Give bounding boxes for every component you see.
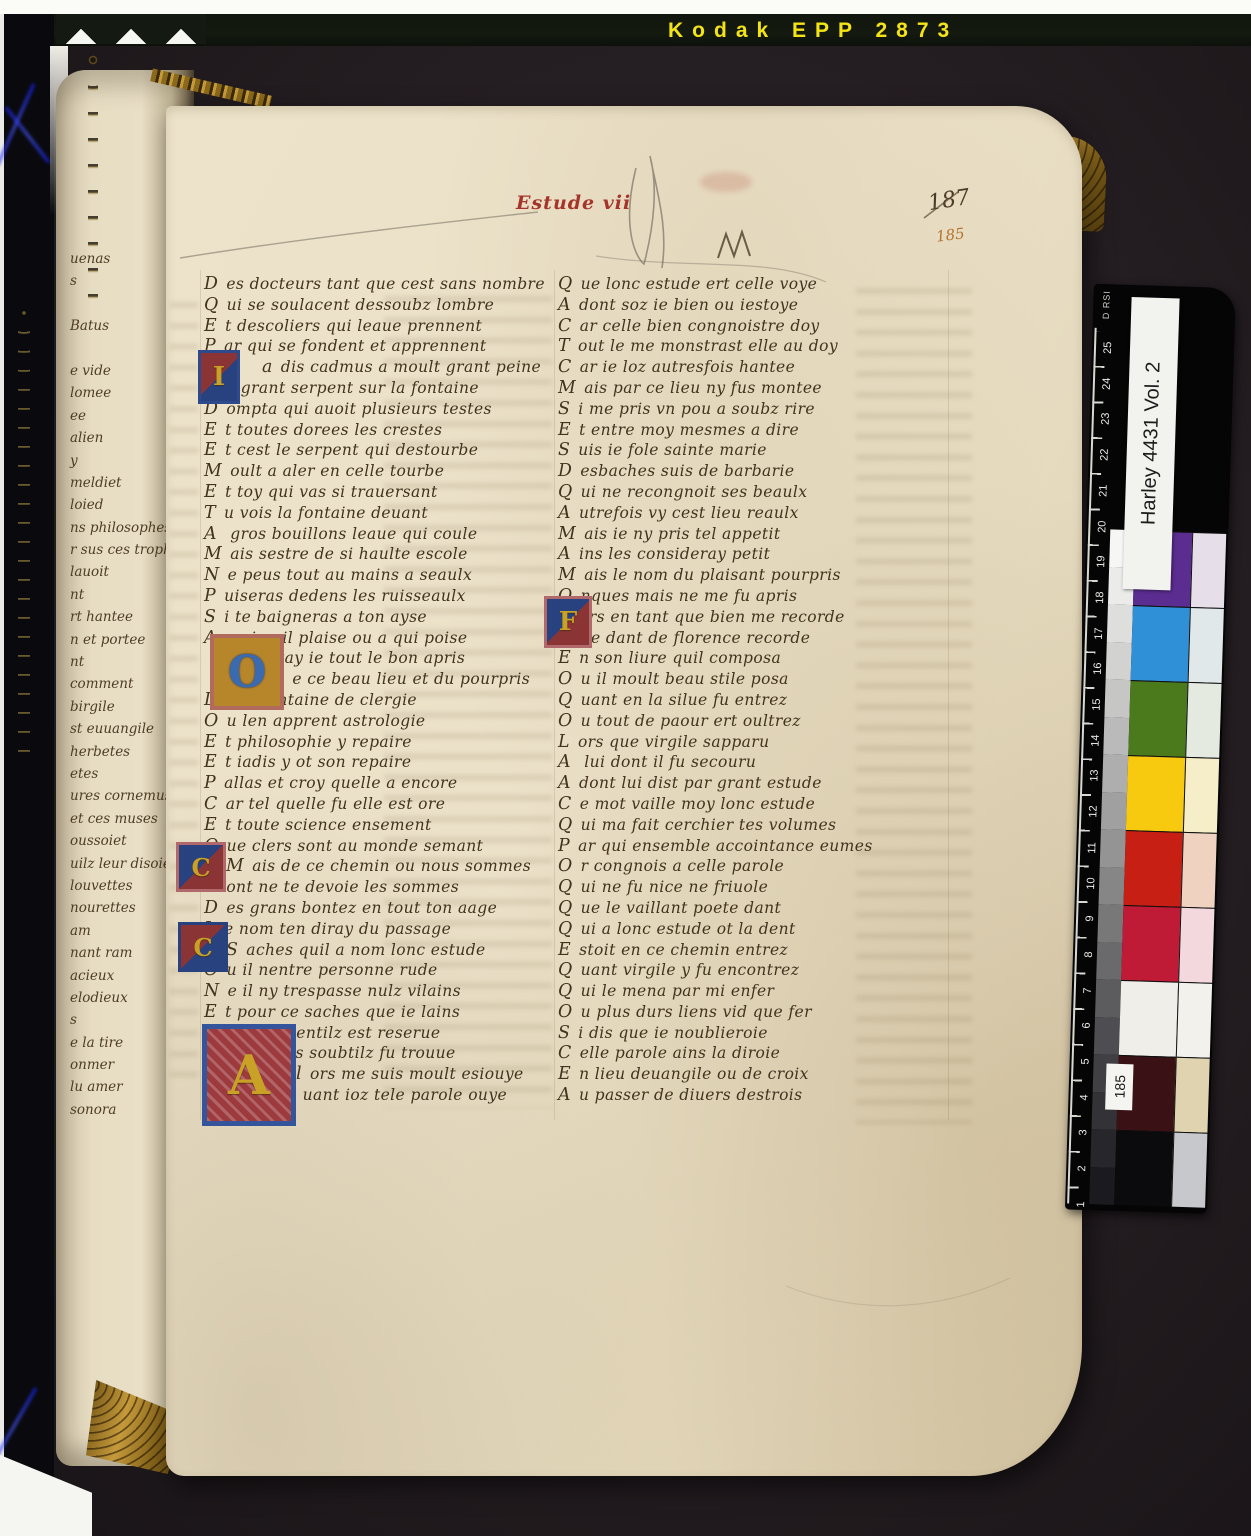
film-notch-zigzag <box>56 14 206 44</box>
gray-step <box>1103 717 1129 755</box>
gray-step <box>1095 979 1121 1017</box>
verse-line: Car ie loz autresfois hantee <box>558 357 958 378</box>
initial-letter: A <box>228 1043 270 1107</box>
gray-step <box>1097 904 1123 942</box>
verse-line: Desbaches suis de barbarie <box>558 461 958 482</box>
patch-row <box>1124 830 1217 908</box>
patch-row <box>1128 680 1221 758</box>
verse-line: Et iadis y ot son repaire <box>204 752 560 773</box>
verse-line: Le nom ten diray du passage <box>204 919 560 940</box>
verse-line: Que clers sont au monde semant <box>204 836 560 857</box>
gray-step <box>1106 642 1132 680</box>
verse-line: Ains les consideray petit <box>558 544 958 565</box>
verse-line: A lui dont il fu secouru <box>558 752 958 773</box>
verse-line: A gros bouillons leaue qui coule <box>204 524 560 545</box>
decorated-initial-F: F <box>544 596 592 648</box>
verse-line: Si dis que ie noublieroie <box>558 1023 958 1044</box>
ruler-number: 23 <box>1098 401 1113 437</box>
initial-letter: O <box>228 647 266 698</box>
ruler-number: 24 <box>1099 366 1114 402</box>
ruler-number: 2 <box>1075 1151 1090 1187</box>
patch-row <box>1131 605 1224 683</box>
patch-row <box>1119 980 1212 1058</box>
gray-step <box>1100 829 1126 867</box>
verse-line: Et toutes dorees les crestes <box>204 420 560 441</box>
verse-line: Tout le me monstrast elle au doy <box>558 336 958 357</box>
ruler-number: 16 <box>1090 651 1105 687</box>
patch-tint <box>1176 983 1212 1058</box>
patch-row <box>1114 1130 1207 1208</box>
verse-line: Qui se soulacent dessoubz lombre <box>204 295 560 316</box>
verse-line: Suis ie fole sainte marie <box>558 440 958 461</box>
ruler-number: 17 <box>1091 615 1106 651</box>
gray-step <box>1099 867 1125 905</box>
verse-line: Mais sestre de si haulte escole <box>204 544 560 565</box>
folio-sticker: 185 <box>1105 1064 1133 1111</box>
verse-line: Si me pris vn pou a soubz rire <box>558 399 958 420</box>
verse-line: Ne il ny trespasse nulz vilains <box>204 981 560 1002</box>
decorated-initial-I: I <box>198 350 240 404</box>
verse-line: Au passer de diuers destrois <box>558 1085 958 1106</box>
verse-line: Ou il moult beau stile posa <box>558 669 958 690</box>
verse-line: Mais par ce lieu ny fus montee <box>558 378 958 399</box>
decorated-initial-O: O <box>210 634 284 710</box>
ruler-number: 8 <box>1081 937 1096 973</box>
verse-line: Puiseras dedens les ruisseaulx <box>204 586 560 607</box>
ruler-number: 4 <box>1077 1079 1092 1115</box>
verse-line: Des grans bontez en tout ton aage <box>204 898 560 919</box>
verse-line: Que le vaillant poete dant <box>558 898 958 919</box>
verse-line: Dompta qui auoit plusieurs testes <box>204 399 560 420</box>
verse-line: Car celle bien congnoistre doy <box>558 316 958 337</box>
verse-line: Or congnois a celle parole <box>558 856 958 877</box>
verse-line: r tay ie tout le bon apris <box>256 648 560 669</box>
initial-letter: I <box>213 362 225 392</box>
verse-line: ors en tant que bien me recorde <box>570 607 958 628</box>
verse-line: Qui le mena par mi enfer <box>558 981 958 1002</box>
ruler-number: 9 <box>1083 901 1098 937</box>
patch-tint <box>1173 1058 1209 1133</box>
verse-line: Quant virgile y fu encontrez <box>558 960 958 981</box>
verse-line: Onques mais ne me fu apris <box>558 586 958 607</box>
verse-line: En son liure quil composa <box>558 648 958 669</box>
patch-color <box>1114 1131 1173 1207</box>
verse-line: Lors que virgile sapparu <box>558 732 958 753</box>
verse-line: Des docteurs tant que cest sans nombre <box>204 274 560 295</box>
ruler-number: 10 <box>1084 865 1099 901</box>
verse-line: Et philosophie y repaire <box>204 732 560 753</box>
verse-line: Ou plus durs liens vid que fer <box>558 1002 958 1023</box>
patch-color <box>1119 981 1178 1057</box>
ruler-numbers: 2524232221201918171615141312111098765432… <box>1094 284 1118 285</box>
verse-line: Ce mot vaille moy lonc estude <box>558 794 958 815</box>
patch-row <box>1126 755 1219 833</box>
folio-number-old: 187 <box>926 185 971 216</box>
verse-line: Si te baigneras a ton ayse <box>204 607 560 628</box>
ruler-number: 14 <box>1088 723 1103 759</box>
verse-line: adis cadmus a moult grant peine <box>262 357 560 378</box>
ruler-number: 7 <box>1080 972 1095 1008</box>
patch-color <box>1128 681 1187 757</box>
film-edge-strip <box>0 14 54 1536</box>
photo-frame: Kodak EPP 2873 uenassBatuse videlomeeeea… <box>0 0 1251 1536</box>
ruler-number: 5 <box>1078 1044 1093 1080</box>
verse-line: Que dant de florence recorde <box>558 628 958 649</box>
gray-step <box>1089 1167 1115 1205</box>
ruler-number: 25 <box>1100 330 1115 366</box>
gray-step <box>1094 1017 1120 1055</box>
champie-paraph: C <box>176 842 226 892</box>
patch-color <box>1124 831 1183 907</box>
ruler-number: 21 <box>1096 473 1111 509</box>
verse-line: Ne peus tout au mains a seaulx <box>204 565 560 586</box>
verse-line: Tu vois la fontaine deuant <box>204 503 560 524</box>
rubric-offset-smudge <box>700 172 752 192</box>
patch-row <box>1121 905 1214 983</box>
ruler-number: 20 <box>1095 508 1110 544</box>
verse-line: Par qui ensemble accointance eumes <box>558 836 958 857</box>
verse-line: Ou len apprent astrologie <box>204 711 560 732</box>
verse-line: Adont soz ie bien ou iestoye <box>558 295 958 316</box>
gray-step <box>1096 942 1122 980</box>
verse-line: Pallas et croy quelle a encore <box>204 773 560 794</box>
ruler-number: 11 <box>1085 830 1100 866</box>
light-leak-streak <box>0 1387 37 1466</box>
ruler-number: 3 <box>1076 1115 1091 1151</box>
verse-line: Saches quil a nom lonc estude <box>226 940 560 961</box>
gray-step <box>1107 604 1133 642</box>
verse-line: Celle parole ains la diroie <box>558 1043 958 1064</box>
ruler-number: 12 <box>1086 794 1101 830</box>
champie-paraph: C <box>178 922 228 972</box>
verse-line: En grant serpent sur la fontaine <box>204 378 560 399</box>
shelfmark-text: Harley 4431 Vol. 2 <box>1137 362 1165 526</box>
verse-line: Et entre moy mesmes a dire <box>558 420 958 441</box>
verse-line: Ou tout de paour ert oultrez <box>558 711 958 732</box>
verse-line: lors me suis moult esiouye <box>296 1064 560 1085</box>
gray-step <box>1102 754 1128 792</box>
verse-line: Quant en la silue fu entrez <box>558 690 958 711</box>
ruler-number: 22 <box>1097 437 1112 473</box>
verse-line: En lieu deuangile ou de croix <box>558 1064 958 1085</box>
patch-tint <box>1188 608 1224 683</box>
verse-line: Que lonc estude ert celle voye <box>558 274 958 295</box>
patch-tint <box>1178 908 1214 983</box>
patch-color <box>1126 756 1185 832</box>
verse-line: Autrefois vy cest lieu reaulx <box>558 503 958 524</box>
patch-tint <box>1183 758 1219 833</box>
gray-step <box>1101 792 1127 830</box>
text-column-right: Que lonc estude ert celle voyeAdont soz … <box>558 274 958 1106</box>
verse-line: Dont ne te devoie les sommes <box>204 877 560 898</box>
patch-tint <box>1185 683 1221 758</box>
ruler-number: 13 <box>1087 758 1102 794</box>
ruler-number: 15 <box>1089 687 1104 723</box>
verse-line: Adont lui dist par grant estude <box>558 773 958 794</box>
gray-step <box>1090 1129 1116 1167</box>
ruler-number: 6 <box>1079 1008 1094 1044</box>
verse-line: De ce beau lieu et du pourpris <box>270 669 560 690</box>
gray-step <box>1104 679 1130 717</box>
verse-line: Et cest le serpent qui destourbe <box>204 440 560 461</box>
verse-line: Moult a aler en celle tourbe <box>204 461 560 482</box>
verse-line: Ou il nentre personne rude <box>204 960 560 981</box>
color-separation-guide: D RSI 2524232221201918171615141312111098… <box>1065 284 1236 1214</box>
sewing-holes <box>88 52 98 302</box>
verse-line: Qui ne recongnoit ses beaulx <box>558 482 958 503</box>
patch-color <box>1121 906 1180 982</box>
ruler-top-label: D RSI <box>1101 290 1112 319</box>
verse-line: Et toute science ensement <box>204 815 560 836</box>
folio-sticker-text: 185 <box>1111 1075 1128 1099</box>
ruler-number: 18 <box>1093 580 1108 616</box>
patch-tint <box>1171 1133 1207 1208</box>
verse-line: Estoit en ce chemin entrez <box>558 940 958 961</box>
verse-line: Car tel quelle fu elle est ore <box>204 794 560 815</box>
decorated-initial-A: A <box>202 1024 296 1126</box>
verse-line: Qui ne fu nice ne friuole <box>558 877 958 898</box>
initial-letter: C <box>193 933 212 962</box>
patch-color <box>1131 606 1190 682</box>
verse-line: Mais ie ny pris tel appetit <box>558 524 958 545</box>
verse-line: Et pour ce saches que ie lains <box>204 1002 560 1023</box>
verse-line: Mais de ce chemin ou nous sommes <box>226 856 560 877</box>
initial-letter: C <box>191 853 210 882</box>
ruler-number: 1 <box>1074 1186 1089 1222</box>
verse-line: Qui a lonc estude ot la dent <box>558 919 958 940</box>
verse-line: Et toy qui vas si trauersant <box>204 482 560 503</box>
patch-tint <box>1190 533 1226 608</box>
verse-line: Quant ioz tele parole ouye <box>280 1085 560 1106</box>
verse-line: Et descoliers qui leaue prennent <box>204 316 560 337</box>
ruler-number: 19 <box>1094 544 1109 580</box>
shelfmark-label: Harley 4431 Vol. 2 <box>1122 297 1179 590</box>
verse-line: Mais le nom du plaisant pourpris <box>558 565 958 586</box>
verse-line: Par qui se fondent et apprennent <box>204 336 560 357</box>
manuscript-page: Estude vii 187 185 Des docteurs tant que… <box>166 106 1082 1476</box>
initial-letter: F <box>559 607 577 637</box>
verse-line: Qui ma fait cerchier tes volumes <box>558 815 958 836</box>
running-title-rubric: Estude vii <box>516 192 631 214</box>
patch-tint <box>1181 833 1217 908</box>
folio-number-new: 185 <box>935 224 966 245</box>
film-stock-label: Kodak EPP 2873 <box>668 19 958 43</box>
